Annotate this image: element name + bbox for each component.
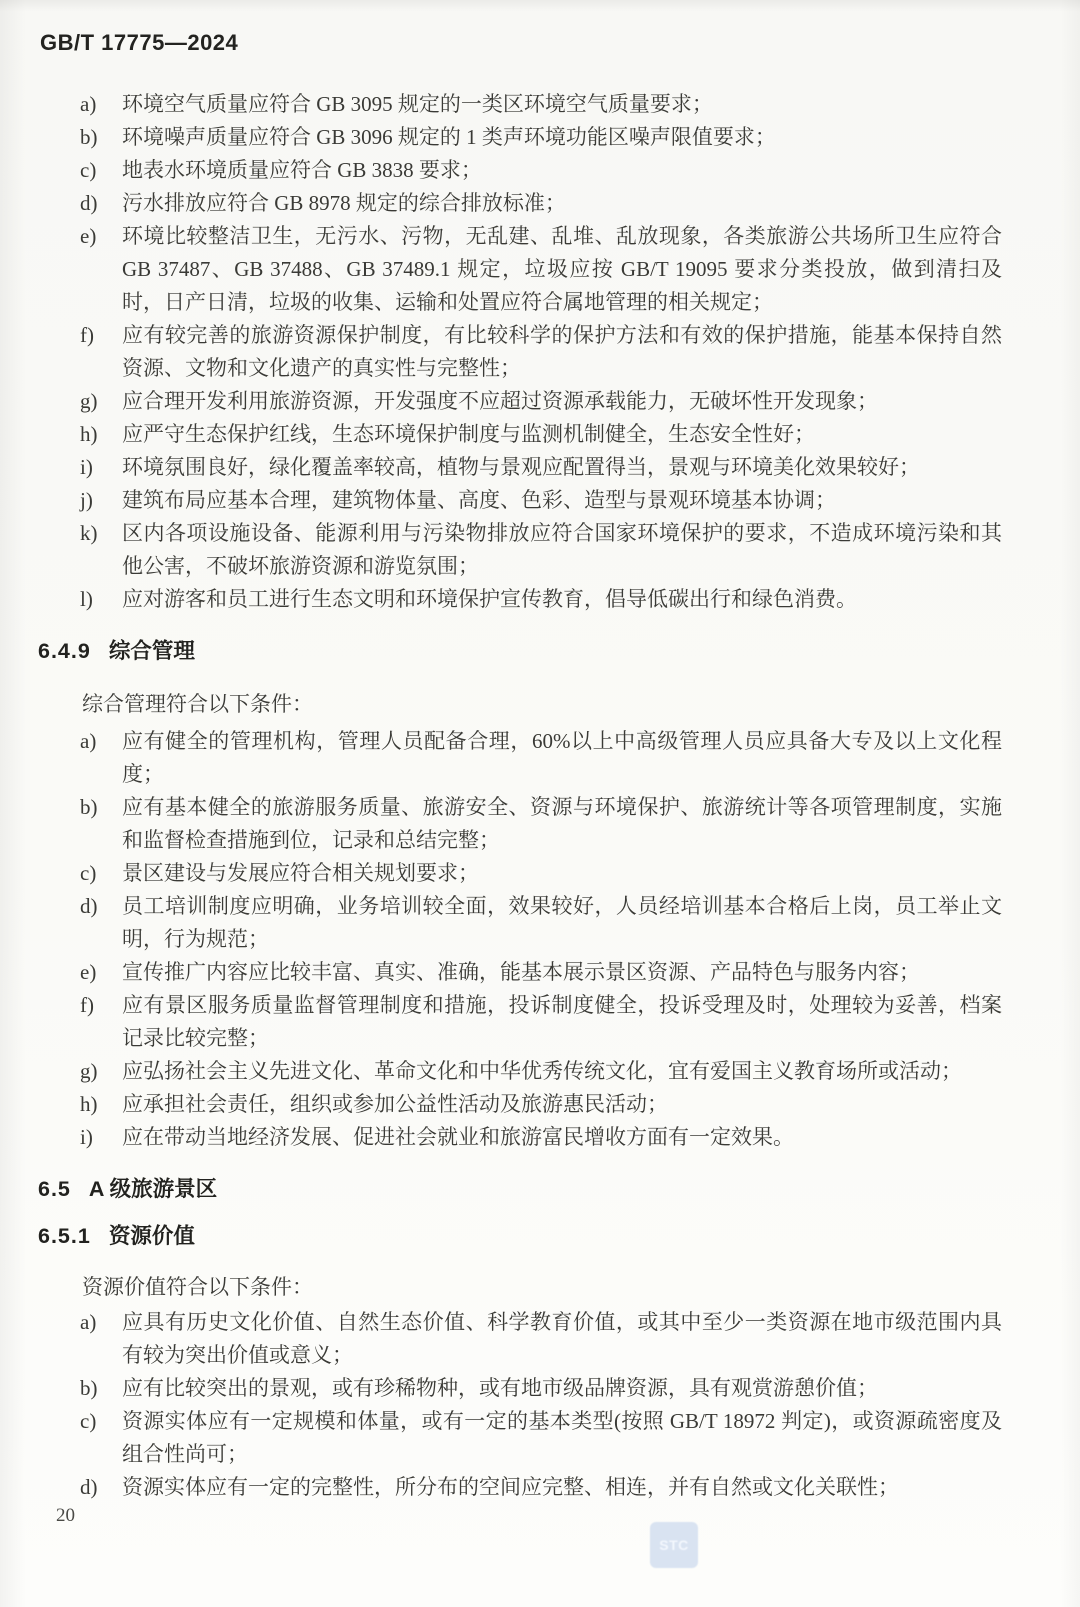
section-number: 6.5.1 [38, 1223, 91, 1249]
section-heading-6-5-1: 6.5.1 资源价值 [38, 1223, 1080, 1249]
list-item-text: 应严守生态保护红线，生态环境保护制度与监测机制健全，生态安全性好； [122, 418, 1002, 451]
list-item-text: 环境比较整洁卫生，无污水、污物，无乱建、乱堆、乱放现象，各类旅游公共场所卫生应符… [122, 220, 1002, 319]
list-item-text: 应有健全的管理机构，管理人员配备合理，60%以上中高级管理人员应具备大专及以上文… [122, 725, 1002, 791]
list-item-text: 员工培训制度应明确，业务培训较全面，效果较好，人员经培训基本合格后上岗，员工举止… [122, 890, 1002, 956]
list-item-text: 应承担社会责任，组织或参加公益性活动及旅游惠民活动； [122, 1088, 1002, 1121]
list-item-label: c) [80, 154, 122, 187]
list-item-label: l) [80, 583, 122, 616]
section-title: A 级旅游景区 [89, 1176, 217, 1202]
section-title: 资源价值 [109, 1223, 195, 1249]
list-item-text: 应有基本健全的旅游服务质量、旅游安全、资源与环境保护、旅游统计等各项管理制度，实… [122, 791, 1002, 857]
list-item-label: h) [80, 418, 122, 451]
stc-watermark: STC [650, 1522, 698, 1568]
list-item: j) 建筑布局应基本合理，建筑物体量、高度、色彩、造型与景观环境基本协调； [80, 484, 1002, 517]
list-item: b) 应有比较突出的景观，或有珍稀物种，或有地市级品牌资源，具有观赏游憩价值； [80, 1372, 1002, 1405]
list-item-label: b) [80, 791, 122, 857]
list-item-label: c) [80, 857, 122, 890]
document-page: GB/T 17775—2024 a) 环境空气质量应符合 GB 3095 规定的… [0, 0, 1080, 1607]
list-item-label: d) [80, 187, 122, 220]
page-number: 20 [56, 1504, 1080, 1528]
list-item-text: 应在带动当地经济发展、促进社会就业和旅游富民增收方面有一定效果。 [122, 1121, 1002, 1154]
list-item-text: 地表水环境质量应符合 GB 3838 要求； [122, 154, 1002, 187]
list-item-text: 应对游客和员工进行生态文明和环境保护宣传教育，倡导低碳出行和绿色消费。 [122, 583, 1002, 616]
list-item-text: 应合理开发利用旅游资源，开发强度不应超过资源承载能力，无破坏性开发现象； [122, 385, 1002, 418]
list-item: f) 应有较完善的旅游资源保护制度，有比较科学的保护方法和有效的保护措施，能基本… [80, 319, 1002, 385]
list-item-label: d) [80, 1471, 122, 1504]
document-code: GB/T 17775—2024 [40, 30, 1080, 56]
clause-list-environment: a) 环境空气质量应符合 GB 3095 规定的一类区环境空气质量要求； b) … [0, 88, 1080, 616]
list-item-text: 建筑布局应基本合理，建筑物体量、高度、色彩、造型与景观环境基本协调； [122, 484, 1002, 517]
list-item: e) 环境比较整洁卫生，无污水、污物，无乱建、乱堆、乱放现象，各类旅游公共场所卫… [80, 220, 1002, 319]
list-item: b) 环境噪声质量应符合 GB 3096 规定的 1 类声环境功能区噪声限值要求… [80, 121, 1002, 154]
list-item-label: a) [80, 1306, 122, 1372]
section-heading-6-5: 6.5 A 级旅游景区 [38, 1176, 1080, 1202]
list-item-label: i) [80, 451, 122, 484]
section-number: 6.5 [38, 1176, 71, 1202]
list-item: e) 宣传推广内容应比较丰富、真实、准确，能基本展示景区资源、产品特色与服务内容… [80, 956, 1002, 989]
list-item: c) 资源实体应有一定规模和体量，或有一定的基本类型(按照 GB/T 18972… [80, 1405, 1002, 1471]
list-item-label: k) [80, 517, 122, 583]
list-item: d) 员工培训制度应明确，业务培训较全面，效果较好，人员经培训基本合格后上岗，员… [80, 890, 1002, 956]
list-item-text: 环境空气质量应符合 GB 3095 规定的一类区环境空气质量要求； [122, 88, 1002, 121]
list-item-label: a) [80, 88, 122, 121]
list-item-label: j) [80, 484, 122, 517]
list-item-label: a) [80, 725, 122, 791]
list-item: g) 应弘扬社会主义先进文化、革命文化和中华优秀传统文化，宜有爱国主义教育场所或… [80, 1055, 1002, 1088]
list-item-label: g) [80, 385, 122, 418]
list-item-text: 污水排放应符合 GB 8978 规定的综合排放标准； [122, 187, 1002, 220]
list-item: l) 应对游客和员工进行生态文明和环境保护宣传教育，倡导低碳出行和绿色消费。 [80, 583, 1002, 616]
list-item-text: 环境噪声质量应符合 GB 3096 规定的 1 类声环境功能区噪声限值要求； [122, 121, 1002, 154]
list-item-text: 应具有历史文化价值、自然生态价值、科学教育价值，或其中至少一类资源在地市级范围内… [122, 1306, 1002, 1372]
section-number: 6.4.9 [38, 638, 91, 664]
list-item-text: 宣传推广内容应比较丰富、真实、准确，能基本展示景区资源、产品特色与服务内容； [122, 956, 1002, 989]
list-item-label: e) [80, 220, 122, 319]
list-item-text: 景区建设与发展应符合相关规划要求； [122, 857, 1002, 890]
section-6-4-9-intro: 综合管理符合以下条件： [82, 688, 1080, 721]
list-item: a) 应有健全的管理机构，管理人员配备合理，60%以上中高级管理人员应具备大专及… [80, 725, 1002, 791]
list-item-text: 区内各项设施设备、能源利用与污染物排放应符合国家环境保护的要求，不造成环境污染和… [122, 517, 1002, 583]
list-item-label: c) [80, 1405, 122, 1471]
list-item: a) 应具有历史文化价值、自然生态价值、科学教育价值，或其中至少一类资源在地市级… [80, 1306, 1002, 1372]
list-item-label: b) [80, 121, 122, 154]
section-heading-6-4-9: 6.4.9 综合管理 [38, 638, 1080, 664]
list-item-label: f) [80, 319, 122, 385]
list-item-label: g) [80, 1055, 122, 1088]
list-item-label: h) [80, 1088, 122, 1121]
list-item-label: b) [80, 1372, 122, 1405]
list-item-text: 应弘扬社会主义先进文化、革命文化和中华优秀传统文化，宜有爱国主义教育场所或活动； [122, 1055, 1002, 1088]
list-item-text: 应有景区服务质量监督管理制度和措施，投诉制度健全，投诉受理及时，处理较为妥善，档… [122, 989, 1002, 1055]
list-item: a) 环境空气质量应符合 GB 3095 规定的一类区环境空气质量要求； [80, 88, 1002, 121]
list-item-text: 应有较完善的旅游资源保护制度，有比较科学的保护方法和有效的保护措施，能基本保持自… [122, 319, 1002, 385]
list-item-label: i) [80, 1121, 122, 1154]
list-item-label: d) [80, 890, 122, 956]
list-item: h) 应严守生态保护红线，生态环境保护制度与监测机制健全，生态安全性好； [80, 418, 1002, 451]
list-item: i) 环境氛围良好，绿化覆盖率较高，植物与景观应配置得当，景观与环境美化效果较好… [80, 451, 1002, 484]
list-item: h) 应承担社会责任，组织或参加公益性活动及旅游惠民活动； [80, 1088, 1002, 1121]
list-item: d) 资源实体应有一定的完整性，所分布的空间应完整、相连，并有自然或文化关联性； [80, 1471, 1002, 1504]
stc-watermark-label: STC [659, 1537, 689, 1553]
list-item: k) 区内各项设施设备、能源利用与污染物排放应符合国家环境保护的要求，不造成环境… [80, 517, 1002, 583]
list-item-text: 资源实体应有一定的完整性，所分布的空间应完整、相连，并有自然或文化关联性； [122, 1471, 1002, 1504]
clause-list-management: a) 应有健全的管理机构，管理人员配备合理，60%以上中高级管理人员应具备大专及… [0, 725, 1080, 1154]
list-item: f) 应有景区服务质量监督管理制度和措施，投诉制度健全，投诉受理及时，处理较为妥… [80, 989, 1002, 1055]
section-6-5-1-intro: 资源价值符合以下条件： [82, 1271, 1080, 1304]
list-item-text: 资源实体应有一定规模和体量，或有一定的基本类型(按照 GB/T 18972 判定… [122, 1405, 1002, 1471]
list-item: d) 污水排放应符合 GB 8978 规定的综合排放标准； [80, 187, 1002, 220]
list-item: g) 应合理开发利用旅游资源，开发强度不应超过资源承载能力，无破坏性开发现象； [80, 385, 1002, 418]
list-item-text: 应有比较突出的景观，或有珍稀物种，或有地市级品牌资源，具有观赏游憩价值； [122, 1372, 1002, 1405]
list-item: c) 景区建设与发展应符合相关规划要求； [80, 857, 1002, 890]
list-item: i) 应在带动当地经济发展、促进社会就业和旅游富民增收方面有一定效果。 [80, 1121, 1002, 1154]
list-item: b) 应有基本健全的旅游服务质量、旅游安全、资源与环境保护、旅游统计等各项管理制… [80, 791, 1002, 857]
list-item: c) 地表水环境质量应符合 GB 3838 要求； [80, 154, 1002, 187]
clause-list-resource-value: a) 应具有历史文化价值、自然生态价值、科学教育价值，或其中至少一类资源在地市级… [0, 1306, 1080, 1504]
list-item-label: f) [80, 989, 122, 1055]
list-item-label: e) [80, 956, 122, 989]
section-title: 综合管理 [109, 638, 195, 664]
list-item-text: 环境氛围良好，绿化覆盖率较高，植物与景观应配置得当，景观与环境美化效果较好； [122, 451, 1002, 484]
